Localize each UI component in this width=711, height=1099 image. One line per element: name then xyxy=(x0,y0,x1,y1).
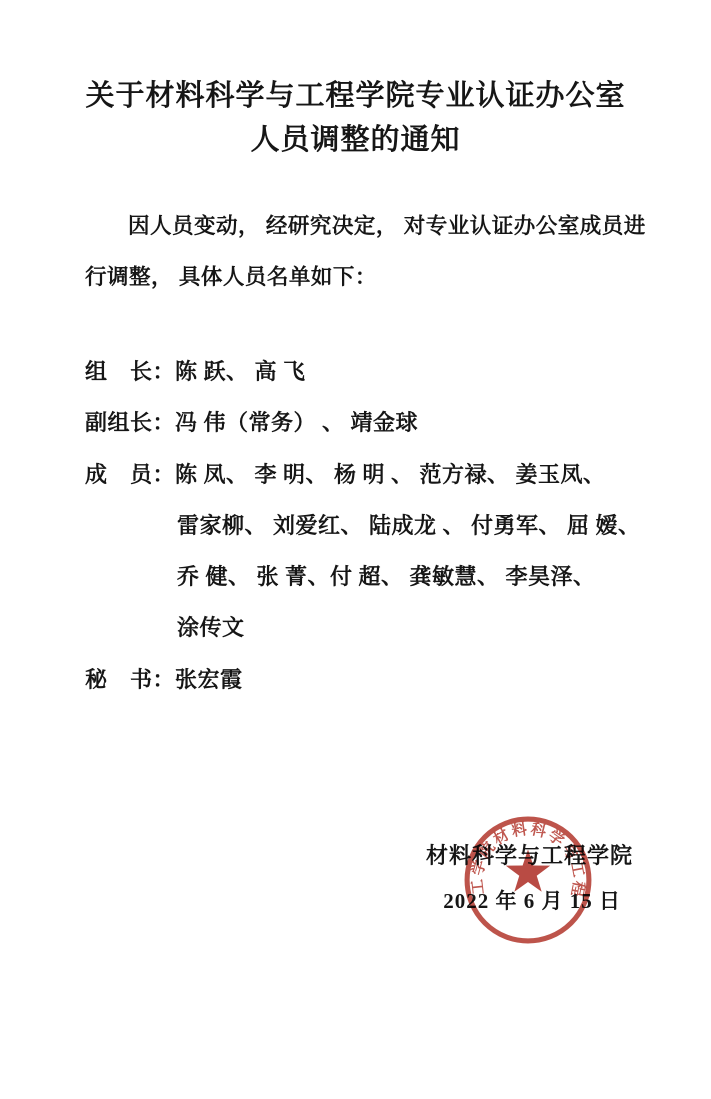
notice-title-line2: 人员调整的通知 xyxy=(40,118,671,162)
seal-ring-text-path: 工学院材料科学与工程学院 xyxy=(461,813,588,900)
notice-title: 关于材料科学与工程学院专业认证办公室 人员调整的通知 xyxy=(40,74,671,162)
roster-names: 涂传文 xyxy=(177,615,245,640)
notice-document-page: 关于材料科学与工程学院专业认证办公室 人员调整的通知 因人员变动， 经研究决定，… xyxy=(0,0,711,1099)
roster-row-members-1: 成 员：陈 凤、 李 明、 杨 明 、 范方禄、 姜玉凤、 xyxy=(85,449,645,500)
roster-names: 陈 凤、 李 明、 杨 明 、 范方禄、 姜玉凤、 xyxy=(175,462,606,487)
roster-label: 副组长： xyxy=(85,410,175,435)
seal-star-icon xyxy=(506,850,550,892)
roster-names: 冯 伟（常务） 、 靖金球 xyxy=(175,410,418,435)
roster-names: 张宏霞 xyxy=(175,667,243,692)
roster-row-members-3: 乔 健、 张 菁、付 超、 龚敏慧、 李昊泽、 xyxy=(85,551,645,602)
official-seal: 工学院材料科学与工程学院 xyxy=(461,813,595,947)
roster-row-secretary: 秘 书：张宏霞 xyxy=(85,654,645,705)
roster-names: 乔 健、 张 菁、付 超、 龚敏慧、 李昊泽、 xyxy=(177,564,596,589)
roster-row-members-4: 涂传文 xyxy=(85,602,645,653)
notice-body-paragraph: 因人员变动， 经研究决定， 对专业认证办公室成员进 行调整， 具体人员名单如下： xyxy=(85,201,633,303)
roster-names: 陈 跃、 高 飞 xyxy=(175,359,306,384)
roster-row-deputy-leader: 副组长：冯 伟（常务） 、 靖金球 xyxy=(85,397,645,448)
roster-row-leader: 组 长：陈 跃、 高 飞 xyxy=(85,346,645,397)
notice-body-line2: 行调整， 具体人员名单如下： xyxy=(85,252,633,303)
roster-names: 雷家柳、 刘爱红、 陆成龙 、 付勇军、 屈 嫒、 xyxy=(177,513,641,538)
notice-title-line1: 关于材料科学与工程学院专业认证办公室 xyxy=(40,74,671,118)
roster-label: 成 员： xyxy=(85,462,175,487)
roster-label: 秘 书： xyxy=(85,667,175,692)
roster-row-members-2: 雷家柳、 刘爱红、 陆成龙 、 付勇军、 屈 嫒、 xyxy=(85,500,645,551)
notice-body-line1: 因人员变动， 经研究决定， 对专业认证办公室成员进 xyxy=(85,201,633,252)
seal-ring-text: 工学院材料科学与工程学院 xyxy=(461,813,588,900)
personnel-roster: 组 长：陈 跃、 高 飞 副组长：冯 伟（常务） 、 靖金球 成 员：陈 凤、 … xyxy=(85,346,645,705)
roster-label: 组 长： xyxy=(85,359,175,384)
